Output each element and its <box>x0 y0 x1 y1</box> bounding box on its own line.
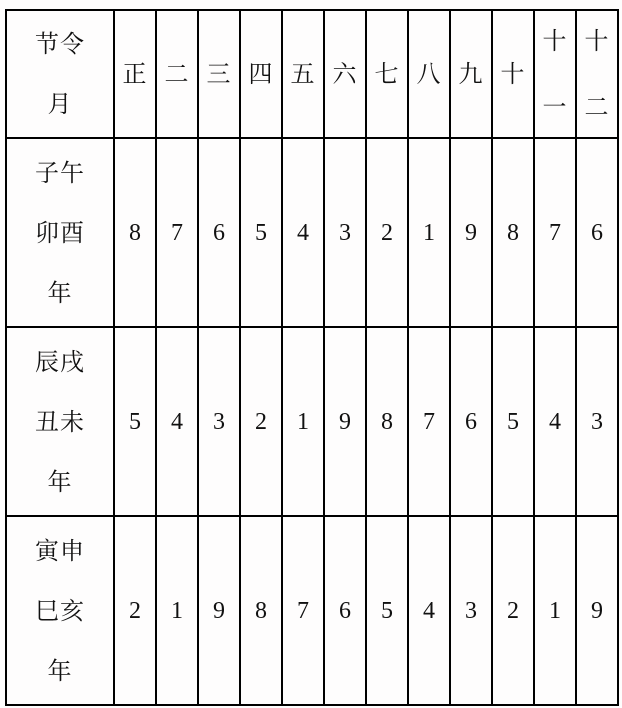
value-cell: 1 <box>534 516 576 705</box>
row-label-cell: 子午 卯酉 年 <box>6 138 114 327</box>
month-label: 八 <box>417 60 442 88</box>
value-cell: 5 <box>114 327 156 516</box>
header-row: 节令 月 正 二 三 四 五 六 七 八 九 十 十 一 十 <box>6 10 618 138</box>
table-row: 寅申 巳亥 年 2 1 9 8 7 6 5 4 3 2 1 9 <box>6 516 618 705</box>
table-row: 辰戌 丑未 年 5 4 3 2 1 9 8 7 6 5 4 3 <box>6 327 618 516</box>
row-label-line: 丑未 <box>35 410 85 434</box>
value-cell: 6 <box>324 516 366 705</box>
month-label: 十 <box>501 60 526 88</box>
value-cell: 7 <box>282 516 324 705</box>
value-cell: 6 <box>198 138 240 327</box>
value-cell: 6 <box>576 138 618 327</box>
month-label: 九 <box>459 60 484 88</box>
row-label-line: 子午 <box>35 161 85 185</box>
row-label-cell: 辰戌 丑未 年 <box>6 327 114 516</box>
value-cell: 9 <box>576 516 618 705</box>
month-label: 七 <box>375 60 400 88</box>
month-header-1: 正 <box>114 10 156 138</box>
value-cell: 3 <box>324 138 366 327</box>
month-label: 三 <box>207 60 232 88</box>
value-cell: 8 <box>240 516 282 705</box>
value-cell: 2 <box>114 516 156 705</box>
value-cell: 9 <box>450 138 492 327</box>
month-label-part: 十 <box>585 29 610 53</box>
row-label-line: 年 <box>48 470 73 494</box>
value-cell: 8 <box>492 138 534 327</box>
value-cell: 4 <box>282 138 324 327</box>
value-cell: 6 <box>450 327 492 516</box>
value-cell: 5 <box>492 327 534 516</box>
value-cell: 1 <box>282 327 324 516</box>
value-cell: 3 <box>198 327 240 516</box>
value-cell: 4 <box>408 516 450 705</box>
value-cell: 7 <box>156 138 198 327</box>
month-star-table: 节令 月 正 二 三 四 五 六 七 八 九 十 十 一 十 <box>5 9 619 706</box>
value-cell: 1 <box>156 516 198 705</box>
value-cell: 3 <box>576 327 618 516</box>
corner-label-jieling: 节令 <box>35 32 85 56</box>
month-header-4: 四 <box>240 10 282 138</box>
month-header-3: 三 <box>198 10 240 138</box>
value-cell: 7 <box>408 327 450 516</box>
table-row: 子午 卯酉 年 8 7 6 5 4 3 2 1 9 8 7 6 <box>6 138 618 327</box>
month-label: 正 <box>123 60 148 88</box>
month-header-12: 十 二 <box>576 10 618 138</box>
month-header-11: 十 一 <box>534 10 576 138</box>
row-label-line: 寅申 <box>35 539 85 563</box>
value-cell: 2 <box>366 138 408 327</box>
row-label-line: 巳亥 <box>35 599 85 623</box>
value-cell: 7 <box>534 138 576 327</box>
month-header-8: 八 <box>408 10 450 138</box>
value-cell: 8 <box>366 327 408 516</box>
month-label: 四 <box>249 60 274 88</box>
month-label: 五 <box>291 60 316 88</box>
month-header-7: 七 <box>366 10 408 138</box>
row-label-line: 辰戌 <box>35 350 85 374</box>
month-label: 六 <box>333 60 358 88</box>
value-cell: 2 <box>240 327 282 516</box>
month-header-5: 五 <box>282 10 324 138</box>
value-cell: 5 <box>240 138 282 327</box>
month-header-2: 二 <box>156 10 198 138</box>
value-cell: 4 <box>156 327 198 516</box>
month-header-10: 十 <box>492 10 534 138</box>
value-cell: 3 <box>450 516 492 705</box>
month-label: 二 <box>165 60 190 88</box>
value-cell: 1 <box>408 138 450 327</box>
month-header-9: 九 <box>450 10 492 138</box>
value-cell: 2 <box>492 516 534 705</box>
value-cell: 4 <box>534 327 576 516</box>
value-cell: 5 <box>366 516 408 705</box>
row-label-line: 卯酉 <box>35 221 85 245</box>
row-label-line: 年 <box>48 281 73 305</box>
month-header-6: 六 <box>324 10 366 138</box>
month-label-part: 一 <box>543 95 568 119</box>
corner-label-month: 月 <box>48 92 73 116</box>
row-label-line: 年 <box>48 659 73 683</box>
value-cell: 9 <box>324 327 366 516</box>
corner-header-cell: 节令 月 <box>6 10 114 138</box>
month-label-part: 十 <box>543 29 568 53</box>
value-cell: 9 <box>198 516 240 705</box>
value-cell: 8 <box>114 138 156 327</box>
row-label-cell: 寅申 巳亥 年 <box>6 516 114 705</box>
month-label-part: 二 <box>585 95 610 119</box>
